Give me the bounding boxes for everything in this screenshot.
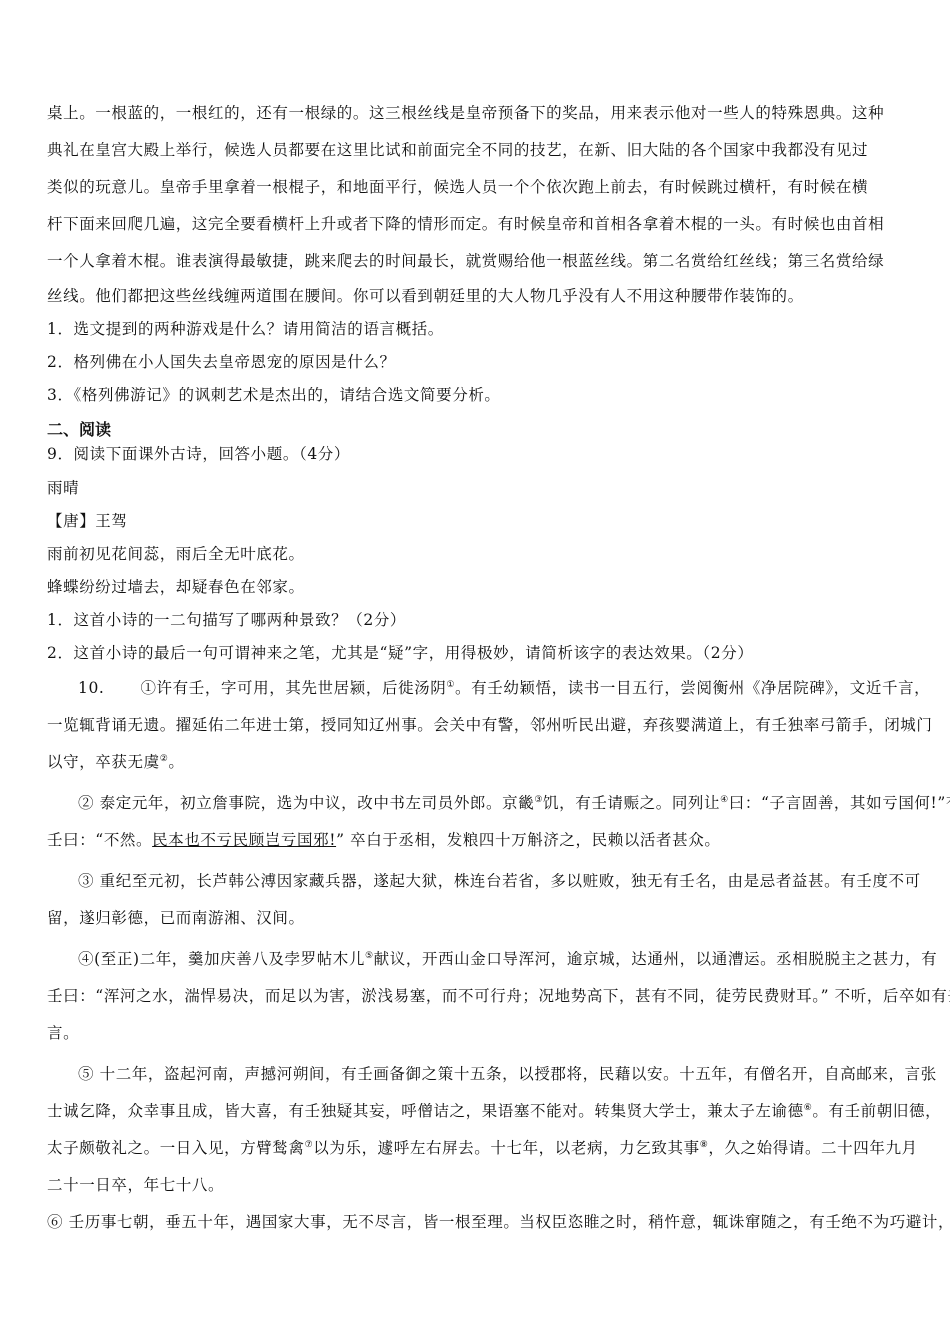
- text-run: 以为乐，遽呼左右屏去。十七年，以老病，力乞致其事: [313, 1139, 699, 1157]
- text-run: ，久之始得请。二十四年九月: [708, 1139, 917, 1157]
- poem-title: 雨晴: [47, 472, 905, 505]
- poem-line: 雨前初见花间蕊，雨后全无叶底花。: [47, 538, 905, 571]
- q10-paragraph-5-cont: 士诚乞降，众幸事且成，皆大喜，有壬独疑其妄，呼僧诘之，果语塞不能对。转集贤大学士…: [47, 1093, 905, 1130]
- q10-number: 10.: [78, 679, 104, 697]
- document-page: 桌上。一根蓝的，一根红的，还有一根绿的。这三根丝线是皇帝预备下的奖品，用来表示他…: [47, 95, 905, 1241]
- q10-paragraph-1-cont: 以守，卒获无虞②。: [47, 744, 905, 781]
- question-10: 10.①许有壬，字可用，其先世居颍，后徙汤阴①。有壬幼颖悟，读书一目五行，尝阅衡…: [47, 670, 905, 1241]
- passage-line: 桌上。一根蓝的，一根红的，还有一根绿的。这三根丝线是皇帝预备下的奖品，用来表示他…: [47, 95, 905, 132]
- section-heading: 二、阅读: [47, 418, 905, 442]
- text-run: 士诚乞降，众幸事且成，皆大喜，有壬独疑其妄，呼僧诘之，果语塞不能对。转集贤大学士…: [47, 1102, 804, 1120]
- question-item: 3．《格列佛游记》的讽刺艺术是杰出的，请结合选文简要分析。: [47, 379, 905, 412]
- passage-line: 典礼在皇宫大殿上举行，候选人员都要在这里比试和前面完全不同的技艺，在新、旧大陆的…: [47, 132, 905, 169]
- text-run: ①许有壬，字可用，其先世居颍，后徙汤阴: [140, 679, 446, 697]
- passage-line: 丝线。他们都把这些丝线缠两道围在腰间。你可以看到朝廷里的大人物几乎没有人不用这种…: [47, 280, 905, 313]
- passage-line: 一个人拿着木棍。谁表演得最敏捷，跳来爬去的时间最长，就赏赐给他一根蓝丝线。第二名…: [47, 243, 905, 280]
- gulliver-passage: 桌上。一根蓝的，一根红的，还有一根绿的。这三根丝线是皇帝预备下的奖品，用来表示他…: [47, 95, 905, 313]
- poem-line: 蜂蝶纷纷过墙去，却疑春色在邻家。: [47, 571, 905, 604]
- text-run: ② 泰定元年，初立詹事院，选为中议，改中书左司员外郎。京畿: [78, 794, 534, 812]
- question-item: 2．格列佛在小人国失去皇帝恩宠的原因是什么？: [47, 346, 905, 379]
- text-run: 以守，卒获无虞: [47, 753, 160, 771]
- question-9: 9．阅读下面课外古诗，回答小题。（4分） 雨晴 【唐】王驾 雨前初见花间蕊，雨后…: [47, 442, 905, 670]
- text-run: ④(至正)二年，羹加庆善八及孛罗帖木儿: [78, 950, 365, 968]
- passage-line: 类似的玩意儿。皇帝手里拿着一根棍子，和地面平行，候选人员一个个依次跑上前去，有时…: [47, 169, 905, 206]
- text-run: 太子颇敬礼之。一日入见，方臂鹙禽: [47, 1139, 305, 1157]
- q10-paragraph-3-cont: 留，遂归彰德，已而南游湘、汉间。: [47, 900, 905, 937]
- text-run: 。: [168, 753, 184, 771]
- q9-prompt: 9．阅读下面课外古诗，回答小题。（4分）: [47, 442, 905, 466]
- text-run: 饥，有壬请赈之。同列让: [543, 794, 720, 812]
- footnote-marker: ③: [534, 795, 543, 805]
- q10-paragraph-5-cont: 二十一日卒，年七十八。: [47, 1167, 905, 1204]
- q10-paragraph-1: 10.①许有壬，字可用，其先世居颍，后徙汤阴①。有壬幼颖悟，读书一目五行，尝阅衡…: [47, 670, 905, 707]
- poem-author: 【唐】王驾: [47, 505, 905, 538]
- q9-subquestion: 1．这首小诗的一二句描写了哪两种景致？（2分）: [47, 604, 905, 637]
- q10-paragraph-1-cont: 一览辄背诵无遗。擢延佑二年进士第，授同知辽州事。会关中有警，邻州听民出避，弃孩婴…: [47, 707, 905, 744]
- q10-paragraph-6: ⑥ 壬历事七朝，垂五十年，遇国家大事，无不尽言，皆一根至理。当权臣恣睢之时，稍忤…: [47, 1204, 905, 1241]
- footnote-marker: ⑦: [305, 1140, 314, 1150]
- q10-paragraph-4-cont: 言。: [47, 1015, 905, 1052]
- text-run: 曰：“子言固善，其如亏国何!”有: [729, 794, 950, 812]
- q10-paragraph-3: ③ 重纪至元初，长芦韩公溥因家藏兵器，遂起大狱，株连台若省，多以赃败，独无有壬名…: [47, 863, 905, 900]
- footnote-marker: ⑤: [365, 951, 374, 961]
- text-run: 。有壬前朝旧德，: [812, 1102, 941, 1120]
- passage-line: 杆下面来回爬几遍，这完全要看横杆上升或者下降的情形而定。有时候皇帝和首相各拿着木…: [47, 206, 905, 243]
- gulliver-questions: 1．选文提到的两种游戏是什么？请用简洁的语言概括。 2．格列佛在小人国失去皇帝恩…: [47, 313, 905, 412]
- footnote-marker: ④: [720, 795, 729, 805]
- q9-subquestion: 2．这首小诗的最后一句可谓神来之笔，尤其是“疑”字，用得极妙，请简析该字的表达效…: [47, 637, 905, 670]
- q10-paragraph-2: ② 泰定元年，初立詹事院，选为中议，改中书左司员外郎。京畿③饥，有壬请赈之。同列…: [47, 785, 905, 822]
- q10-paragraph-5: ⑤ 十二年，盗起河南，声撼河朔间，有壬画备御之策十五条，以授郡将，民藉以安。十五…: [47, 1056, 905, 1093]
- text-run: 壬曰：“不然。: [47, 831, 152, 849]
- footnote-marker: ①: [446, 680, 455, 690]
- q10-paragraph-5-cont: 太子颇敬礼之。一日入见，方臂鹙禽⑦以为乐，遽呼左右屏去。十七年，以老病，力乞致其…: [47, 1130, 905, 1167]
- q10-paragraph-4-cont: 壬曰：“浑河之水，湍悍易决，而足以为害，淤浅易塞，而不可行舟；况地势高下，甚有不…: [47, 978, 905, 1015]
- question-item: 1．选文提到的两种游戏是什么？请用简洁的语言概括。: [47, 313, 905, 346]
- text-run: ” 卒白于丞相，发粮四十万斛济之，民赖以活者甚众。: [336, 831, 720, 849]
- q10-paragraph-2-cont: 壬曰：“不然。民本也不亏民顾岂亏国邪!” 卒白于丞相，发粮四十万斛济之，民赖以活…: [47, 822, 905, 859]
- text-run: 献议，开西山金口导浑河，逾京城，达通州，以通漕运。丞相脱脱主之甚力，有: [374, 950, 938, 968]
- text-run: 。有壬幼颖悟，读书一目五行，尝阅衡州《净居院碑》，文近千言，: [455, 679, 930, 697]
- underlined-sentence: 民本也不亏民顾岂亏国邪!: [152, 831, 336, 849]
- q10-paragraph-4: ④(至正)二年，羹加庆善八及孛罗帖木儿⑤献议，开西山金口导浑河，逾京城，达通州，…: [47, 941, 905, 978]
